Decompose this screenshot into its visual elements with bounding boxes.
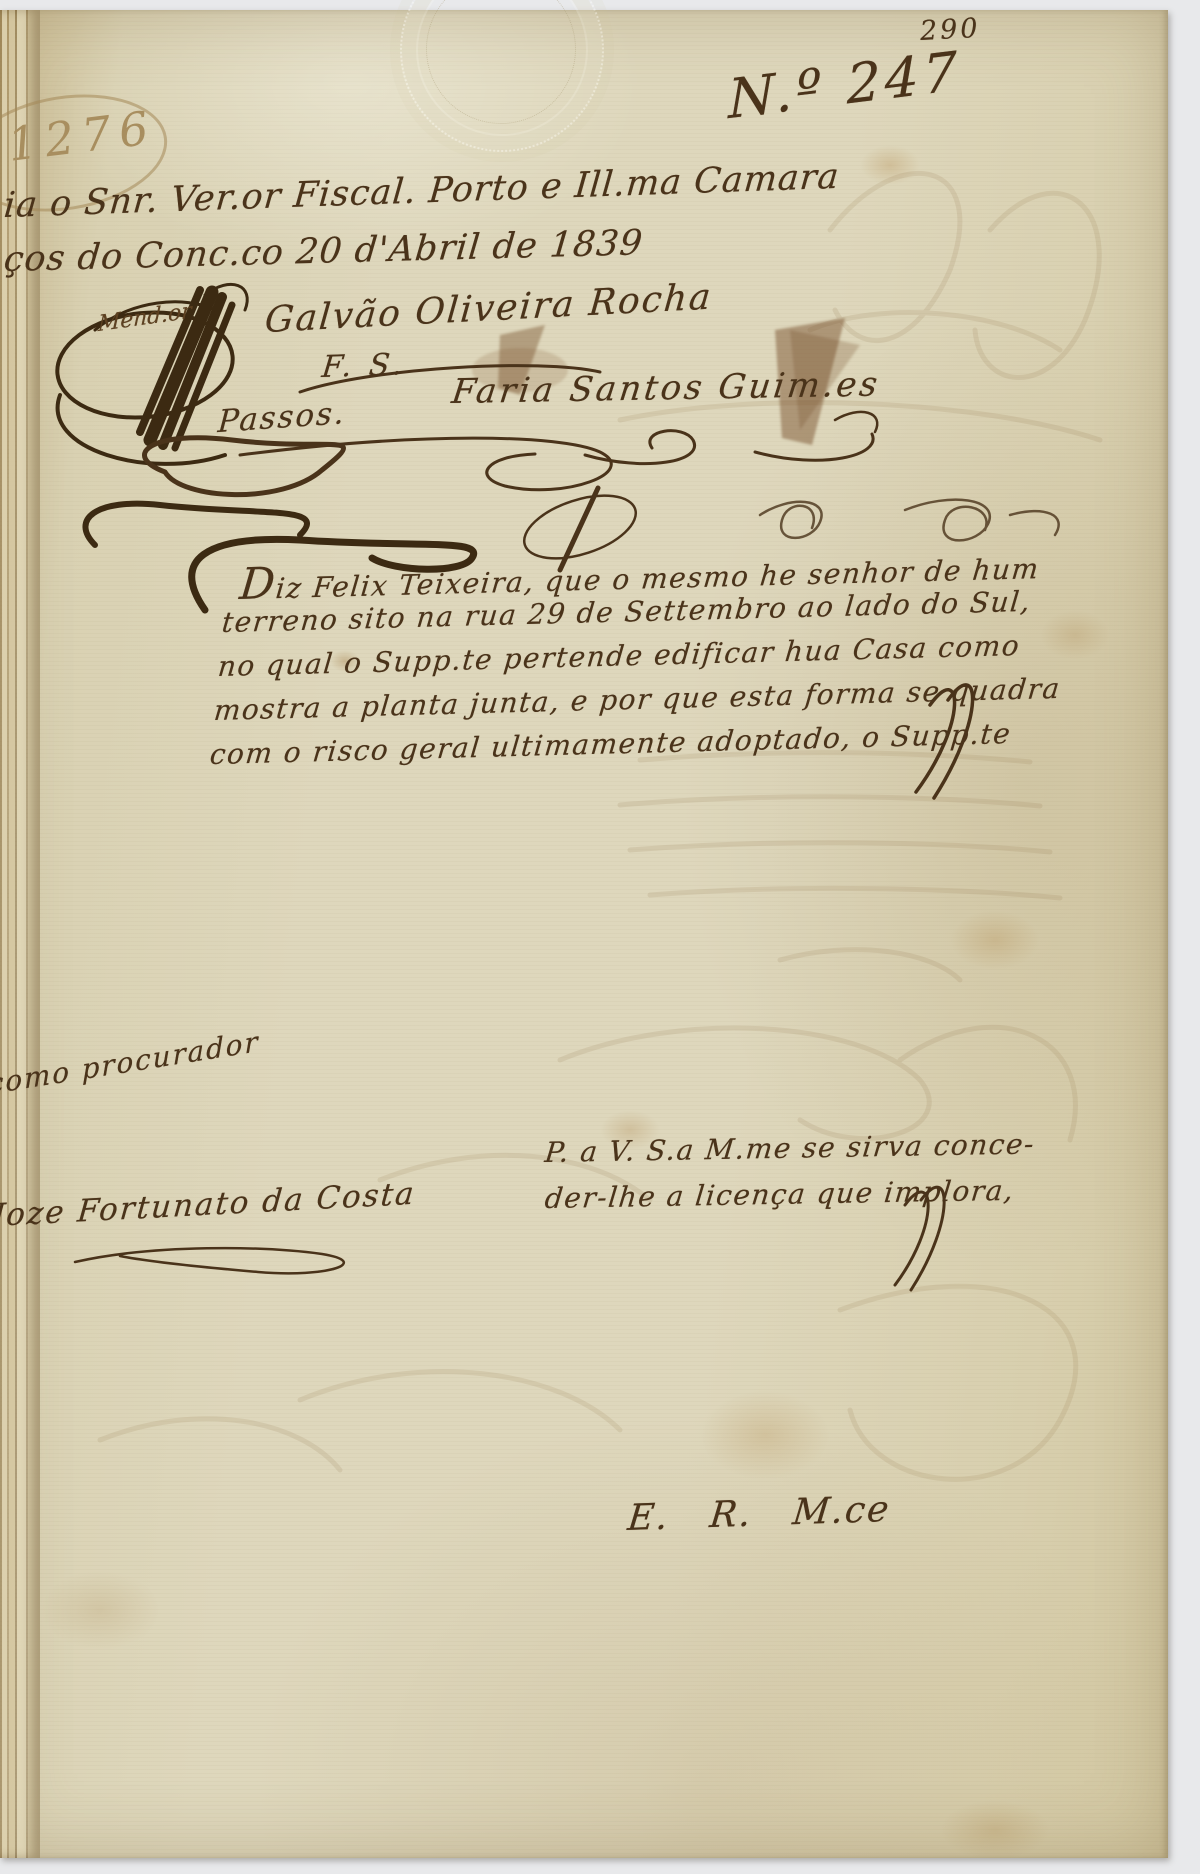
stain-spot: [860, 145, 920, 185]
embossed-seal-inner-ring: [426, 0, 576, 124]
embossed-seal: [400, 0, 604, 152]
book-binding-edge: [0, 10, 40, 1858]
stain-spot: [950, 910, 1040, 970]
stain-spot: [40, 1570, 160, 1650]
stain-spot: [700, 1390, 830, 1480]
stain-spot: [1040, 610, 1110, 660]
stain-spot: [940, 1800, 1050, 1860]
signature-fs-initials: F. S.: [320, 347, 408, 385]
scanned-manuscript-page: 290 N.º 247 1276 ia o Snr. Ver.or Fiscal…: [0, 0, 1200, 1874]
signature-faria-santos-guimaraes: Faria Santos Guim.es: [450, 364, 883, 412]
